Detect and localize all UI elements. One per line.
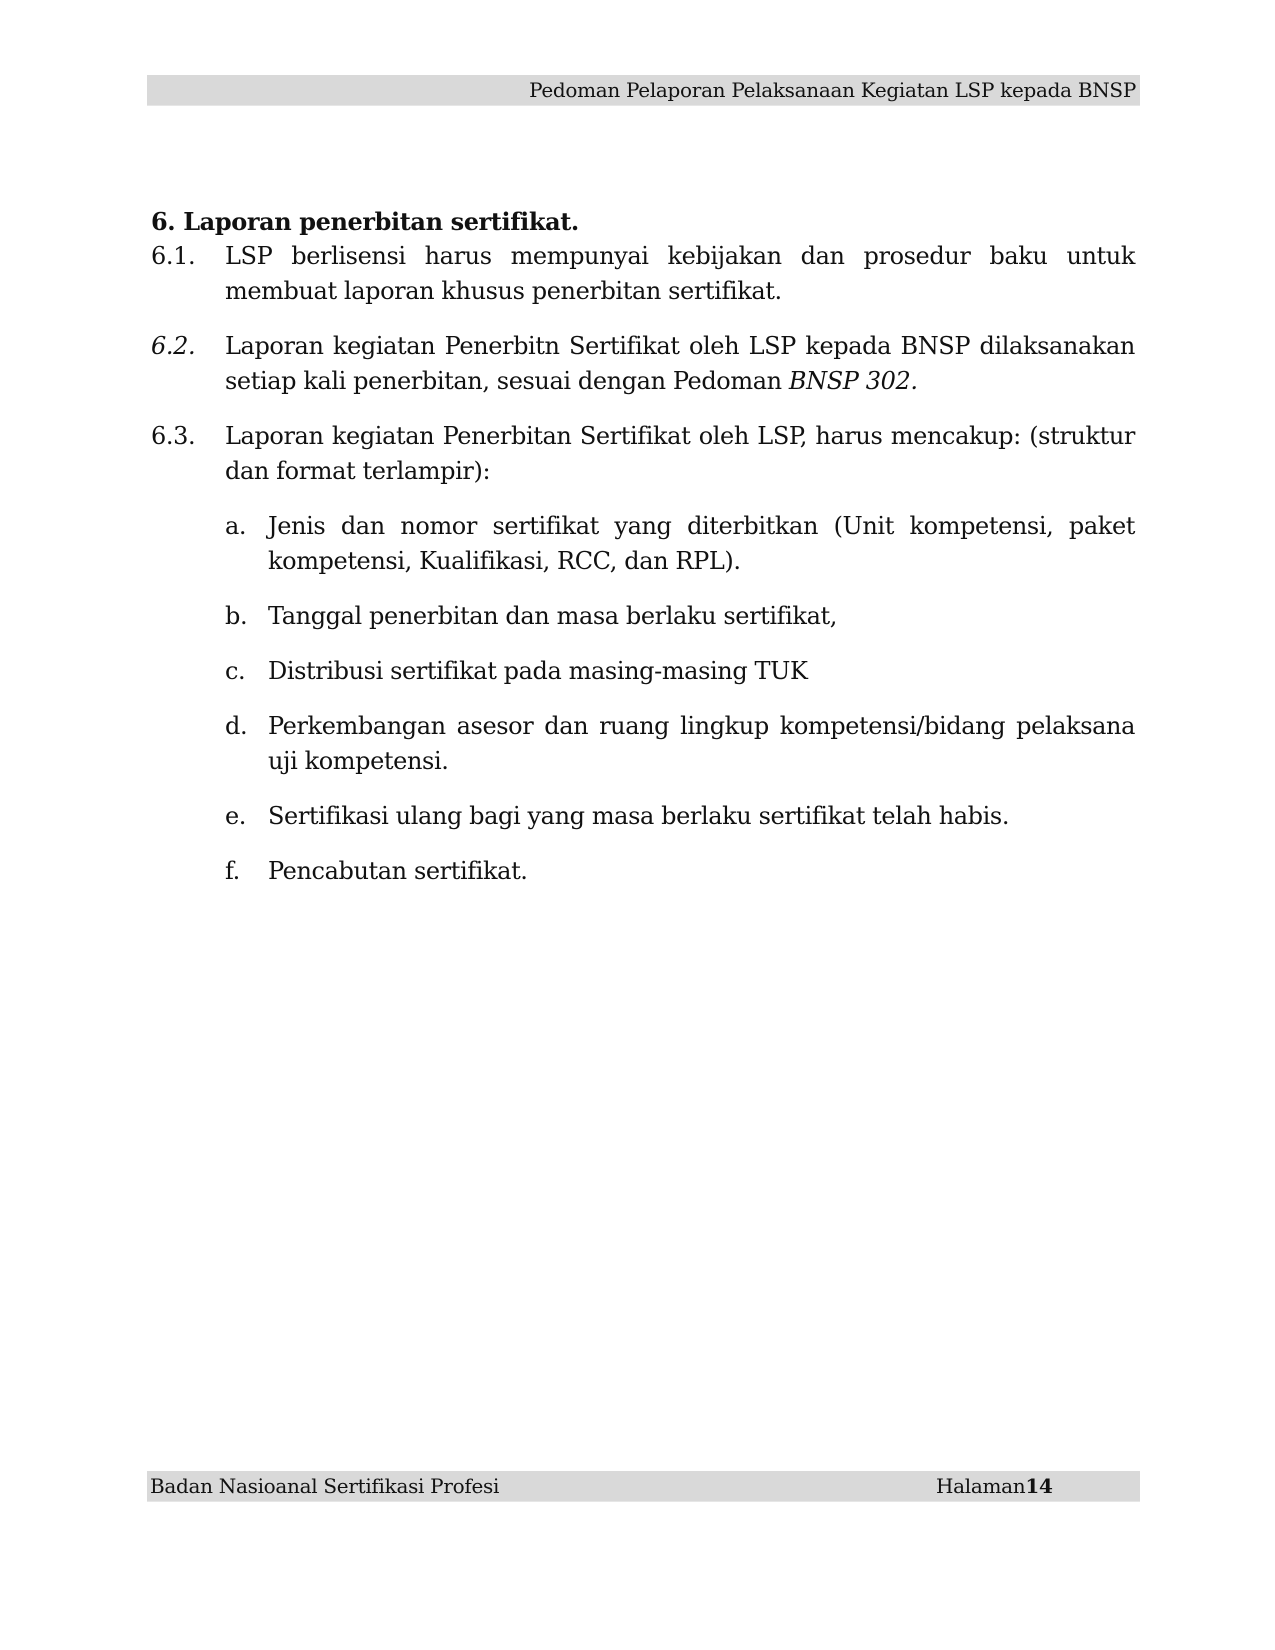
clause-number: 6.1. [151,239,195,274]
clause-text: Laporan kegiatan Penerbitn Sertifikat ol… [225,332,1135,395]
page-footer: Badan Nasioanal Sertifikasi Profesi Hala… [147,1471,1140,1502]
clause-reference: BNSP 302. [789,367,918,395]
list-item-label: e. [225,799,246,834]
clause-6-2: 6.2. Laporan kegiatan Penerbitn Sertifik… [151,329,1135,399]
clause-number: 6.3. [151,419,195,454]
clause-text: LSP berlisensi harus mempunyai kebijakan… [225,242,1135,305]
page-label: Halaman [936,1474,1025,1498]
clause-6-3: 6.3. Laporan kegiatan Penerbitan Sertifi… [151,419,1135,489]
list-item: f. Pencabutan sertifikat. [151,854,1135,889]
list-item-text: Sertifikasi ulang bagi yang masa berlaku… [268,802,1009,830]
list-item-text: Tanggal penerbitan dan masa berlaku sert… [268,602,837,630]
list-item-text: Pencabutan sertifikat. [268,857,528,885]
list-item: a. Jenis dan nomor sertifikat yang diter… [151,509,1135,579]
list-item: c. Distribusi sertifikat pada masing-mas… [151,654,1135,689]
document-title: Pedoman Pelaporan Pelaksanaan Kegiatan L… [529,78,1136,102]
clause-6-1: 6.1. LSP berlisensi harus mempunyai kebi… [151,239,1135,309]
list-item: d. Perkembangan asesor dan ruang lingkup… [151,709,1135,779]
list-item-label: b. [225,599,247,634]
list-item-label: c. [225,654,245,689]
list-item-text: Distribusi sertifikat pada masing-masing… [268,657,808,685]
clause-number: 6.2. [151,329,195,364]
list-item-label: f. [225,854,240,889]
page-number-value: 14 [1025,1474,1052,1498]
list-item: e. Sertifikasi ulang bagi yang masa berl… [151,799,1135,834]
list-item-text: Perkembangan asesor dan ruang lingkup ko… [268,712,1135,775]
page-header: Pedoman Pelaporan Pelaksanaan Kegiatan L… [147,75,1140,106]
section-heading: 6. Laporan penerbitan sertifikat. [151,204,1135,239]
list-item-text: Jenis dan nomor sertifikat yang diterbit… [268,512,1135,575]
list-item-label: a. [225,509,246,544]
clause-text: Laporan kegiatan Penerbitan Sertifikat o… [225,422,1135,485]
page-number: Halaman14 [936,1474,1053,1498]
page-content: 6. Laporan penerbitan sertifikat. 6.1. L… [151,204,1135,889]
list-item: b. Tanggal penerbitan dan masa berlaku s… [151,599,1135,634]
footer-organization: Badan Nasioanal Sertifikasi Profesi [150,1474,499,1498]
list-item-label: d. [225,709,247,744]
